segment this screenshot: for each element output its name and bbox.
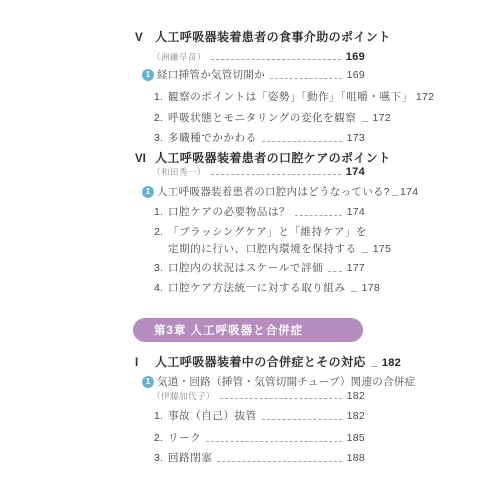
dotted-leader [220,398,342,399]
dotted-leader [217,461,341,462]
page-number: 172 [416,91,434,103]
entry-text: 口腔ケアの必要物品は？ [168,204,290,219]
toc-entry: 1. 観察のポイントは「姿勢」「動作」「咀嚼・嚥下」 172 [154,89,365,104]
page-number: 174 [400,186,418,198]
page-number: 169 [347,69,365,81]
dotted-leader [362,121,368,122]
entry-number: 1. [154,206,168,218]
toc-section-heading: VI 人工呼吸器装着患者の口腔ケアのポイント [135,149,365,166]
dotted-leader [262,419,342,420]
entry-number: 3. [154,452,168,464]
entry-text: 口腔内の状況はスケールで評価 [168,260,323,275]
circled-number-icon: 1 [142,376,154,388]
page-number: 169 [346,51,365,63]
page-number: 188 [347,452,365,464]
entry-text: 口腔ケア方法統一に対する取り組み [168,280,346,295]
entry-text: 観察のポイントは「姿勢」「動作」「咀嚼・嚥下」 [168,89,413,104]
dotted-leader [206,441,341,442]
toc-entry: 1. 口腔ケアの必要物品は？ 174 [154,204,365,219]
page-number: 182 [347,390,365,402]
section-title: 人工呼吸器装着中の合併症とその対応 [155,353,366,370]
toc-author-row: （和田秀一） 174 [152,166,365,178]
page-number: 182 [382,357,401,369]
toc-entry: 2. リーク 185 [154,430,365,445]
toc-entry-continuation: 定期的に行い、口腔内環境を保持する 175 [168,241,365,256]
entry-text: 定期的に行い、口腔内環境を保持する [168,241,357,256]
page-number: 177 [347,262,365,274]
entry-number: 2. [154,226,168,238]
entry-text: 気道・回路（挿管・気管切開チューブ）関連の合併症 [157,374,415,389]
dotted-leader [270,78,342,79]
page-number: 182 [347,410,365,422]
circled-number-icon: 1 [142,69,154,81]
author-name: （伊藤加代子） [152,390,215,402]
entry-number: 1. [154,410,168,422]
section-title: 人工呼吸器装着患者の食事介助のポイント [155,28,391,45]
entry-text: 人工呼吸器装着患者の口腔内はどうなっている? [157,184,390,199]
toc-entry: 1 人工呼吸器装着患者の口腔内はどうなっている? 174 [142,184,365,199]
toc-entry: 1 気道・回路（挿管・気管切開チューブ）関連の合併症 [142,374,365,389]
entry-text: 多職種でかかわる [168,130,257,145]
section-numeral: V [135,32,155,44]
dotted-leader [328,271,341,272]
page-number: 174 [346,166,365,178]
toc-author-row: （伊藤加代子） 182 [152,390,365,402]
page-number: 178 [362,282,380,294]
toc-entry: 3. 口腔内の状況はスケールで評価 177 [154,260,365,275]
entry-text: リーク [168,430,201,445]
toc-entry: 4. 口腔ケア方法統一に対する取り組み 178 [154,280,365,295]
entry-text: 経口挿管か気管切開か [157,67,265,82]
entry-text: 事故（自己）抜管 [168,408,257,423]
dotted-leader [362,252,368,253]
toc-section-heading: V 人工呼吸器装着患者の食事介助のポイント [135,28,365,45]
page-number: 174 [347,206,365,218]
entry-number: 4. [154,282,168,294]
dotted-leader [211,174,341,175]
toc-section-heading: I 人工呼吸器装着中の合併症とその対応 182 [135,353,365,370]
page-number: 173 [347,132,365,144]
toc-entry: 1 経口挿管か気管切開か 169 [142,67,365,82]
toc-entry: 2. 「ブラッシングケア」と「維持ケア」を [154,224,365,239]
entry-number: 2. [154,112,168,124]
entry-text: 呼吸状態とモニタリングの変化を観察 [168,110,357,125]
section-numeral: VI [135,153,155,165]
circled-number-icon: 1 [142,186,154,198]
toc-author-row: （洲鎌早苗） 169 [152,51,365,63]
author-name: （和田秀一） [152,166,206,178]
dotted-leader [351,291,357,292]
dotted-leader [392,195,398,196]
toc-entry: 3. 多職種でかかわる 173 [154,130,365,145]
toc-entry: 1. 事故（自己）抜管 182 [154,408,365,423]
entry-text: 「ブラッシングケア」と「維持ケア」を [168,224,367,239]
dotted-leader [295,215,341,216]
page-number: 175 [373,243,391,255]
toc-entry: 3. 回路閉塞 188 [154,450,365,465]
toc-entry: 2. 呼吸状態とモニタリングの変化を観察 172 [154,110,365,125]
entry-text: 回路閉塞 [168,450,212,465]
page-number: 185 [347,432,365,444]
dotted-leader [262,141,342,142]
author-name: （洲鎌早苗） [152,51,206,63]
chapter-heading-pill: 第3章 人工呼吸器と合併症 [133,318,363,342]
dotted-leader [371,366,377,367]
entry-number: 2. [154,432,168,444]
chapter-title: 第3章 人工呼吸器と合併症 [133,322,303,338]
entry-number: 1. [154,91,168,103]
entry-number: 3. [154,262,168,274]
section-numeral: I [135,357,155,369]
page-number: 172 [373,112,391,124]
dotted-leader [211,59,341,60]
section-title: 人工呼吸器装着患者の口腔ケアのポイント [155,149,391,166]
entry-number: 3. [154,132,168,144]
